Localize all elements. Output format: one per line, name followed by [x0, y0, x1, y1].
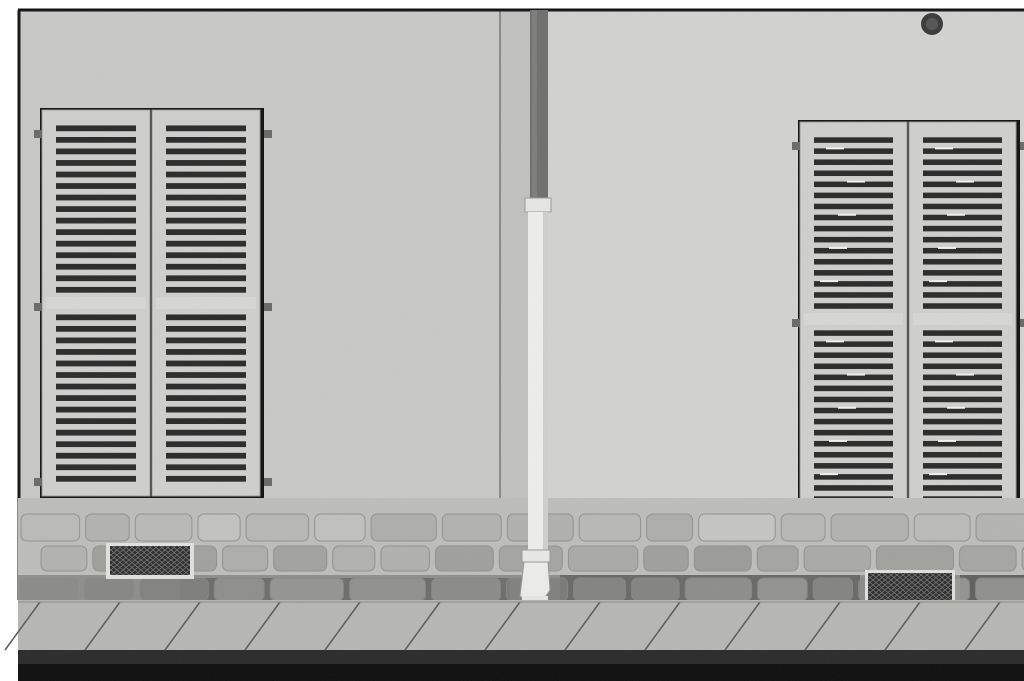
facade-photograph	[0, 0, 1024, 681]
